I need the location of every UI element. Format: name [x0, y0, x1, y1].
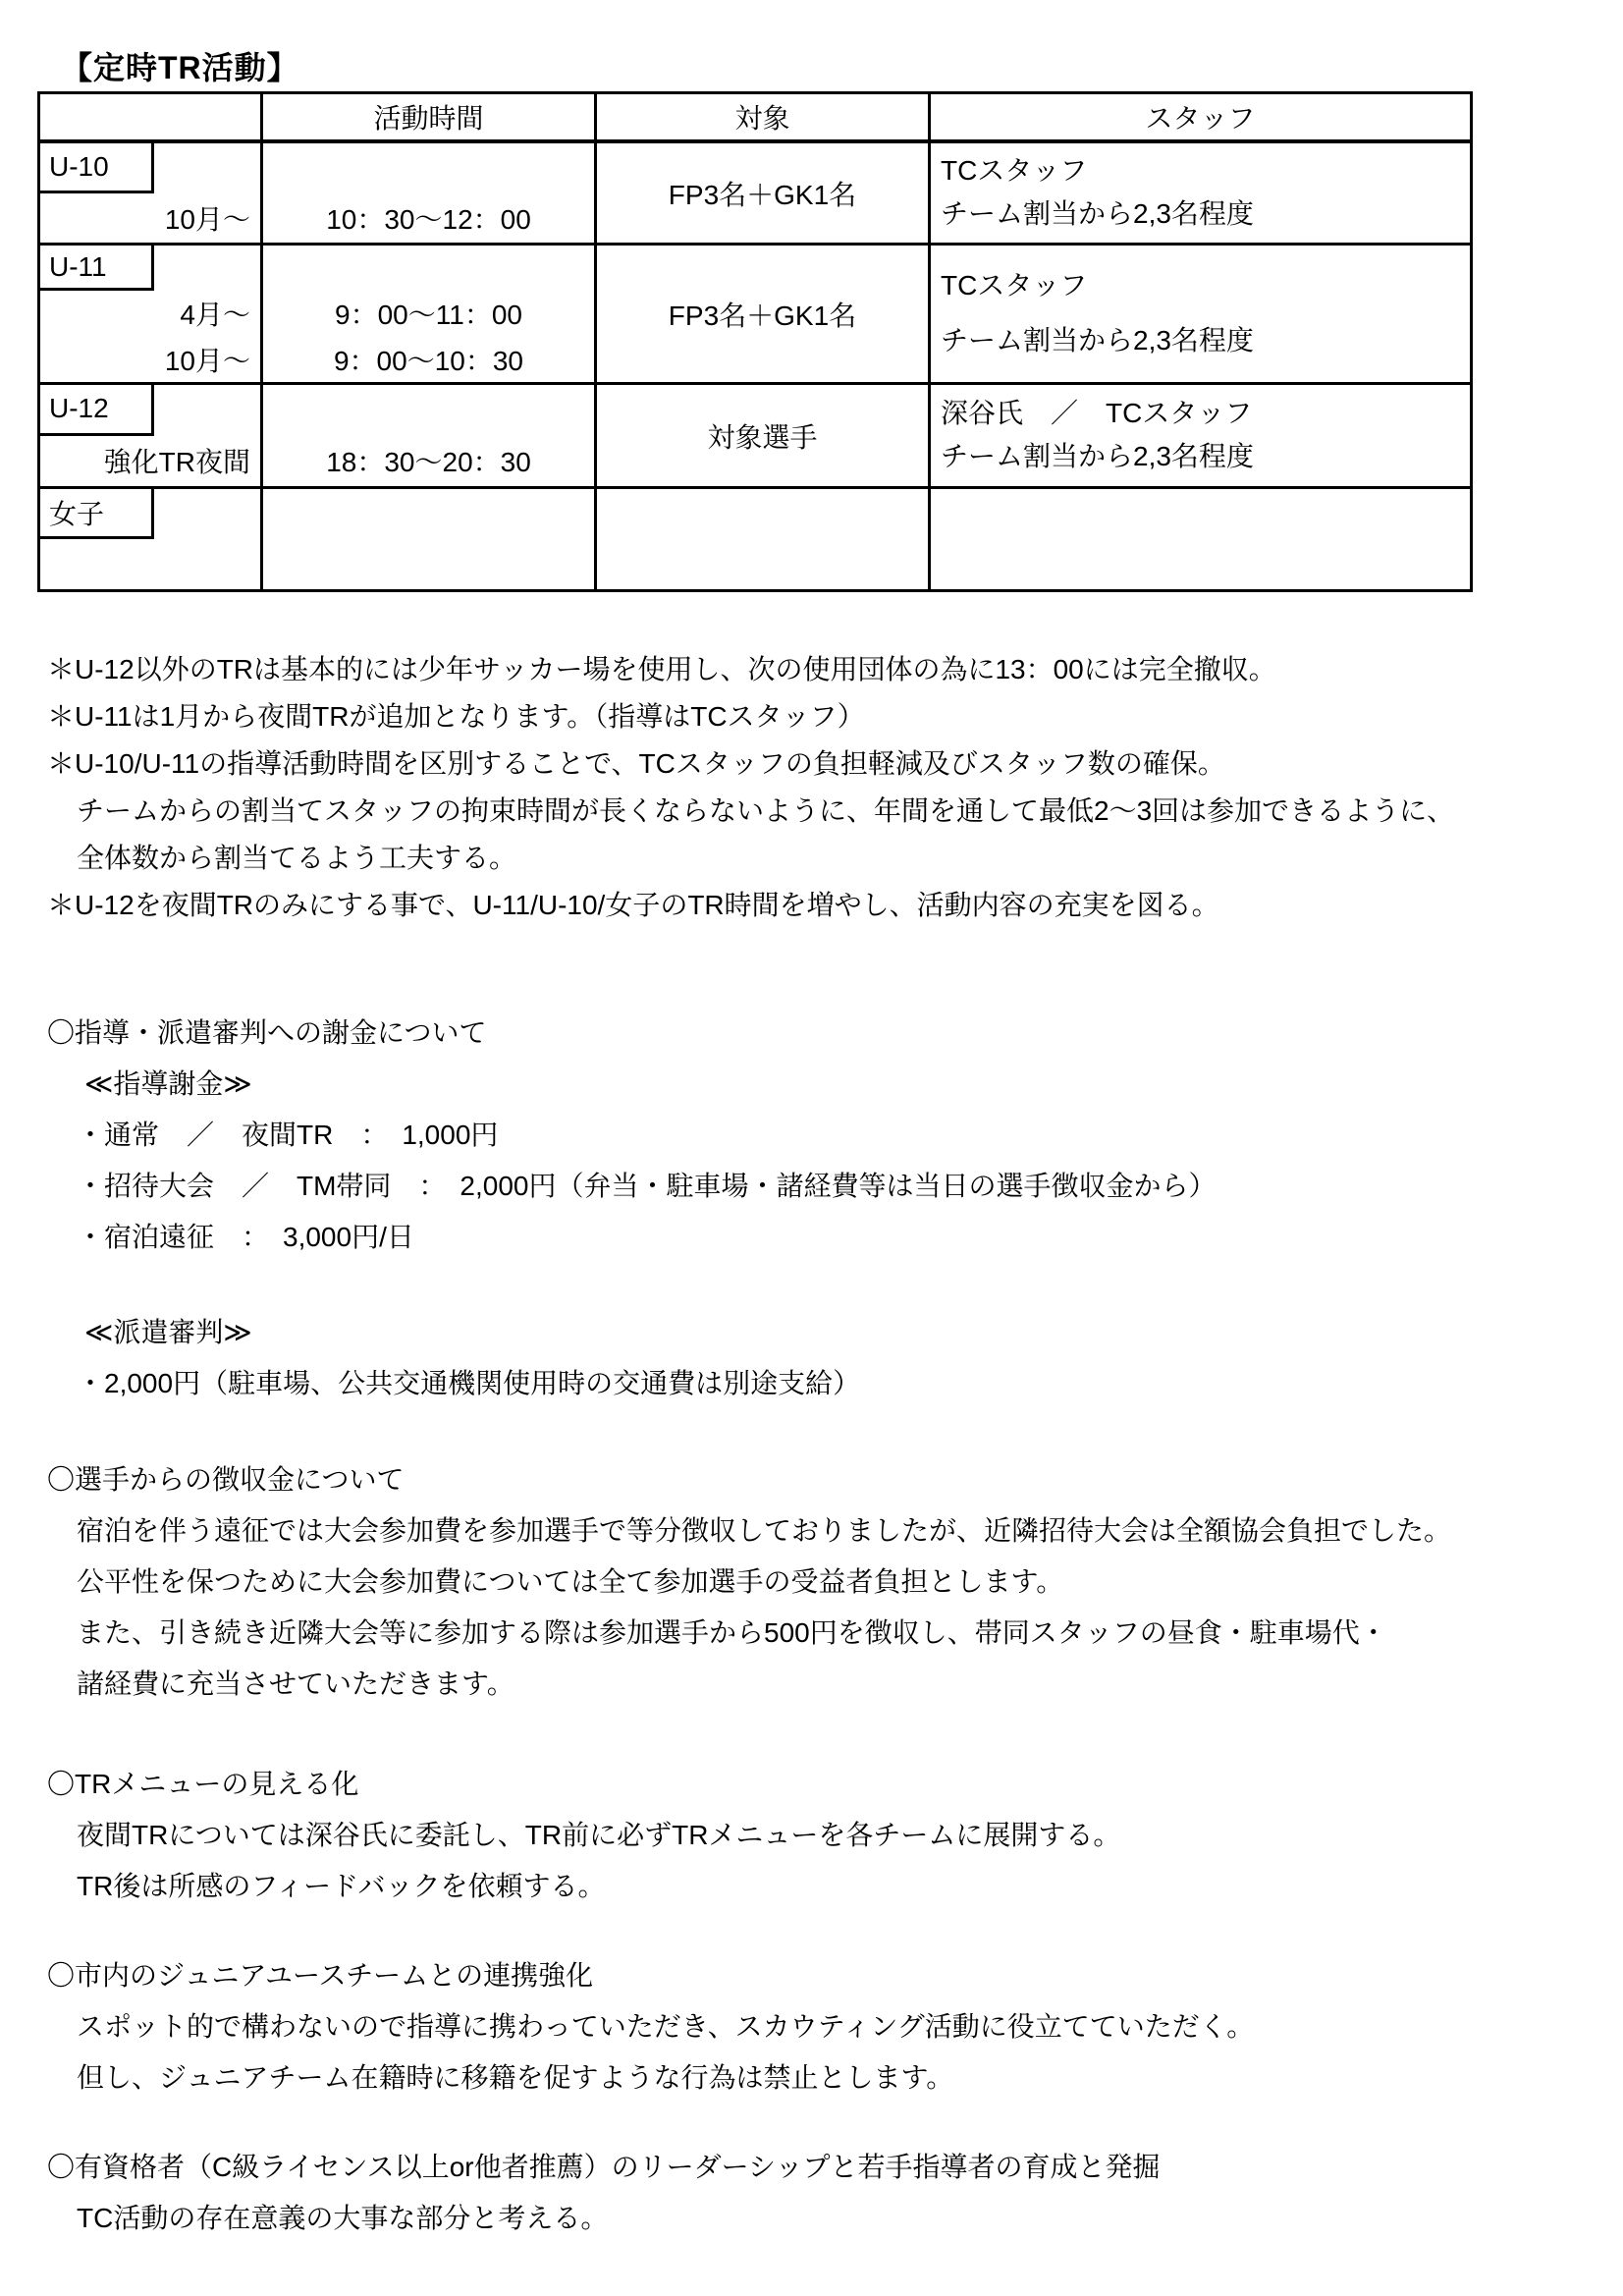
- staff-line: チーム割当から2,3名程度: [941, 326, 1470, 356]
- group-u12-target-cell: 対象選手: [597, 385, 931, 489]
- section-heading: 〇選手からの徴収金について: [47, 1452, 1608, 1503]
- text-line: 宿泊を伴う遠征では大会参加費を参加選手で等分徴収しておりましたが、近隣招待大会は…: [47, 1503, 1608, 1555]
- staff-line: チーム割当から2,3名程度: [941, 199, 1470, 230]
- group-u10-staff-cell: TCスタッフ チーム割当から2,3名程度: [931, 143, 1470, 246]
- group-label-u12: U-12: [40, 385, 154, 436]
- header-staff: スタッフ: [931, 94, 1470, 143]
- period-label: 4月〜: [40, 291, 260, 336]
- time-value: 9：00〜11：00: [263, 291, 594, 336]
- group-u12-category-cell: U-12 強化TR夜間: [40, 385, 263, 489]
- period-label: 強化TR夜間: [40, 436, 260, 487]
- group-label-u11: U-11: [40, 246, 154, 291]
- group-label-joshi: 女子: [40, 489, 154, 539]
- text-line: また、引き続き近隣大会等に参加する際は参加選手から500円を徴収し、帯同スタッフ…: [47, 1606, 1608, 1657]
- note-line: ＊U-11は1月から夜間TRが追加となります。（指導はTCスタッフ）: [47, 691, 1608, 738]
- time-value: 9：00〜10：30: [263, 337, 594, 382]
- fee-item: ・通常 ／ 夜間TR ： 1,000円: [47, 1108, 1608, 1159]
- section-heading: 〇指導・派遣審判への謝金について: [47, 1006, 1608, 1057]
- fee-item: ・2,000円（駐車場、公共交通機関使用時の交通費は別途支給）: [47, 1356, 1608, 1407]
- staff-line: 深谷氏 ／ TCスタッフ: [941, 399, 1470, 429]
- text-line: スポット的で構わないので指導に携わっていただき、スカウティング活動に役立てていた…: [47, 1999, 1608, 2050]
- text-line: TC活動の存在意義の大事な部分と考える。: [47, 2191, 1608, 2242]
- period-label: 10月〜: [40, 193, 260, 244]
- subsection-heading: ≪指導謝金≫: [47, 1057, 1608, 1108]
- group-joshi-category-cell: 女子: [40, 489, 263, 589]
- group-joshi-staff-cell: [931, 489, 1470, 589]
- tr-activity-table: 活動時間 対象 スタッフ U-10 10月〜 10：30〜12：00 FP3名＋…: [37, 91, 1473, 592]
- group-u11-time-cell: 9：00〜11：00 9：00〜10：30: [263, 246, 597, 385]
- header-activity-time: 活動時間: [263, 94, 597, 143]
- group-joshi-time-cell: [263, 489, 597, 589]
- group-u11-staff-cell: TCスタッフ チーム割当から2,3名程度: [931, 246, 1470, 385]
- note-line: 全体数から割当てるよう工夫する。: [47, 833, 1608, 880]
- time-value: 10：30〜12：00: [263, 193, 594, 244]
- group-u11-target-cell: FP3名＋GK1名: [597, 246, 931, 385]
- note-line: チームからの割当てスタッフの拘束時間が長くならないように、年間を通して最低2〜3…: [47, 786, 1608, 833]
- text-line: 夜間TRについては深谷氏に委託し、TR前に必ずTRメニューを各チームに展開する。: [47, 1808, 1608, 1859]
- subsection-heading: ≪派遣審判≫: [47, 1305, 1608, 1356]
- header-target: 対象: [597, 94, 931, 143]
- note-line: ＊U-10/U-11の指導活動時間を区別することで、TCスタッフの負担軽減及びス…: [47, 738, 1608, 786]
- text-line: 公平性を保つために大会参加費については全て参加選手の受益者負担とします。: [47, 1555, 1608, 1606]
- fee-item: ・招待大会 ／ TM帯同 ： 2,000円（弁当・駐車場・諸経費等は当日の選手徴…: [47, 1159, 1608, 1210]
- note-line: ＊U-12を夜間TRのみにする事で、U-11/U-10/女子のTR時間を増やし、…: [47, 880, 1608, 927]
- group-u10-target-cell: FP3名＋GK1名: [597, 143, 931, 246]
- period-label: [40, 539, 260, 589]
- section-heading: 〇TRメニューの見える化: [47, 1757, 1608, 1808]
- group-u12-staff-cell: 深谷氏 ／ TCスタッフ チーム割当から2,3名程度: [931, 385, 1470, 489]
- time-value: [263, 539, 594, 589]
- text-line: 但し、ジュニアチーム在籍時に移籍を促すような行為は禁止とします。: [47, 2050, 1608, 2102]
- staff-line: チーム割当から2,3名程度: [941, 442, 1470, 472]
- section-heading: 〇市内のジュニアユースチームとの連携強化: [47, 1948, 1608, 1999]
- group-u10-category-cell: U-10 10月〜: [40, 143, 263, 246]
- text-line: 諸経費に充当させていただきます。: [47, 1657, 1608, 1708]
- period-label: 10月〜: [40, 337, 260, 382]
- fee-item: ・宿泊遠征 ： 3,000円/日: [47, 1210, 1608, 1261]
- document-title: 【定時TR活動】: [61, 43, 299, 88]
- staff-line: TCスタッフ: [941, 156, 1470, 187]
- text-line: TR後は所感のフィードバックを依頼する。: [47, 1859, 1608, 1910]
- group-u12-time-cell: 18：30〜20：30: [263, 385, 597, 489]
- staff-line: TCスタッフ: [941, 271, 1470, 301]
- group-u11-category-cell: U-11 4月〜 10月〜: [40, 246, 263, 385]
- group-joshi-target-cell: [597, 489, 931, 589]
- header-empty: [40, 94, 263, 143]
- note-line: ＊U-12以外のTRは基本的には少年サッカー場を使用し、次の使用団体の為に13：…: [47, 644, 1608, 691]
- time-value: 18：30〜20：30: [263, 436, 594, 487]
- section-heading: 〇有資格者（C級ライセンス以上or他者推薦）のリーダーシップと若手指導者の育成と…: [47, 2140, 1608, 2191]
- group-label-u10: U-10: [40, 143, 154, 193]
- body-text: ＊U-12以外のTRは基本的には少年サッカー場を使用し、次の使用団体の為に13：…: [47, 644, 1608, 2242]
- group-u10-time-cell: 10：30〜12：00: [263, 143, 597, 246]
